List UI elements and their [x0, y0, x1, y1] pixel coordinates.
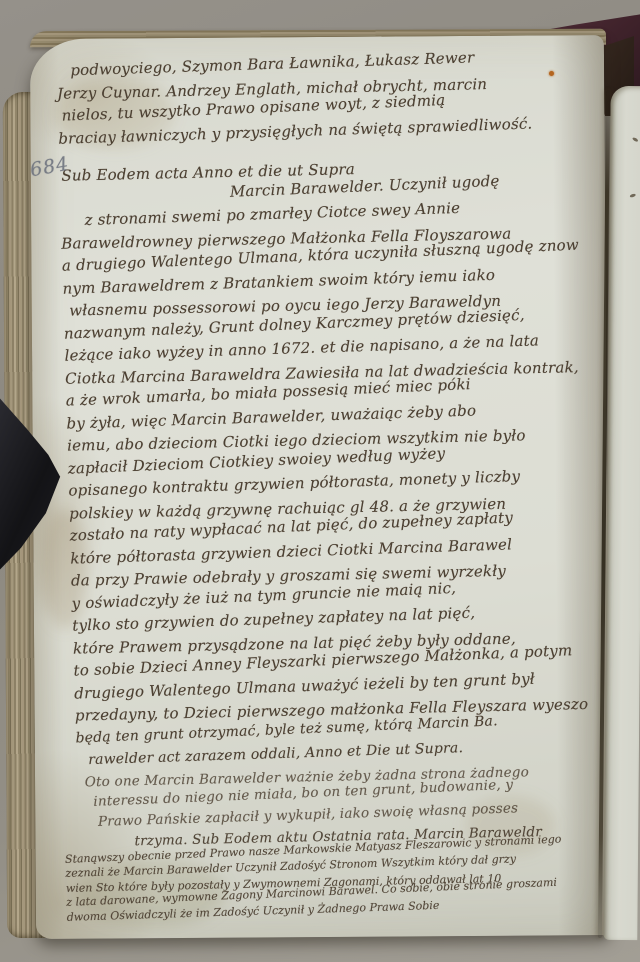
ink-speck — [632, 137, 639, 143]
ink-speck — [629, 193, 636, 198]
manuscript-photo: podwoyciego, Szymon Bara Ławnika, Łukasz… — [0, 0, 640, 962]
manuscript-page: podwoyciego, Szymon Bara Ławnika, Łukasz… — [30, 35, 610, 939]
ink-spot-orange — [549, 71, 554, 76]
manuscript-text: podwoyciego, Szymon Bara Ławnika, Łukasz… — [56, 44, 610, 924]
